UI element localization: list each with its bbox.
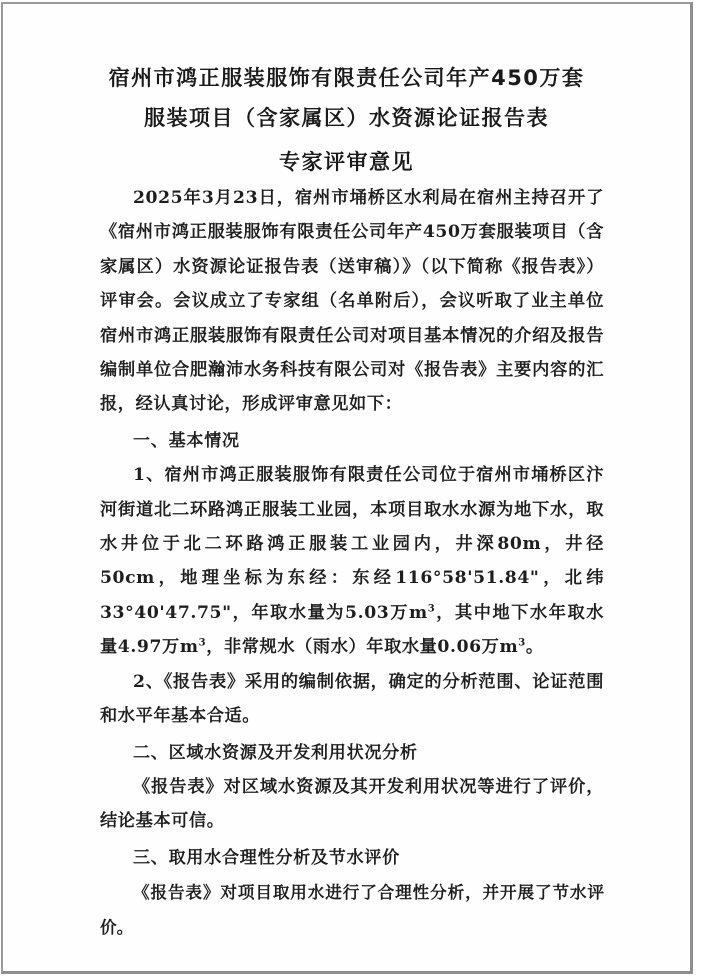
section-2-paragraph-1: 《报告表》对区域水资源及其开发利用状况等进行了评价，结论基本可信。 <box>100 770 604 839</box>
text-segment: 。 <box>526 637 544 657</box>
title-line-3: 专家评审意见 <box>3 142 690 182</box>
section-heading-1: 一、基本情况 <box>100 424 604 458</box>
section-3-paragraph-1: 《报告表》对项目取用水进行了合理性分析，并开展了节水评价。 <box>100 875 604 944</box>
superscript: 3 <box>518 638 526 649</box>
text-segment: 1、宿州市鸿正服装服饰有限责任公司位于宿州市埇桥区汴河街道北二环路鸿正服装工业园… <box>100 465 604 623</box>
document-page: 宿州市鸿正服装服饰有限责任公司年产450万套 服装项目（含家属区）水资源论证报告… <box>1 2 693 974</box>
section-1-paragraph-2: 2、《报告表》采用的编制依据，确定的分析范围、论证范围和水平年基本合适。 <box>100 665 604 734</box>
document-body: 2025年3月23日，宿州市埇桥区水利局在宿州主持召开了《宿州市鸿正服装服饰有限… <box>100 181 604 944</box>
section-heading-2: 二、区域水资源及开发利用状况分析 <box>100 736 604 770</box>
intro-paragraph: 2025年3月23日，宿州市埇桥区水利局在宿州主持召开了《宿州市鸿正服装服饰有限… <box>100 181 604 422</box>
section-1-paragraph-1: 1、宿州市鸿正服装服饰有限责任公司位于宿州市埇桥区汴河街道北二环路鸿正服装工业园… <box>100 458 604 664</box>
section-heading-3: 三、取用水合理性分析及节水评价 <box>100 841 604 875</box>
text-segment: ，非常规水（雨水）年取水量0.06万m <box>206 637 518 657</box>
title-line-1: 宿州市鸿正服装服饰有限责任公司年产450万套 <box>3 58 690 98</box>
document-title: 宿州市鸿正服装服饰有限责任公司年产450万套 服装项目（含家属区）水资源论证报告… <box>3 58 690 182</box>
title-line-2: 服装项目（含家属区）水资源论证报告表 <box>3 98 690 138</box>
